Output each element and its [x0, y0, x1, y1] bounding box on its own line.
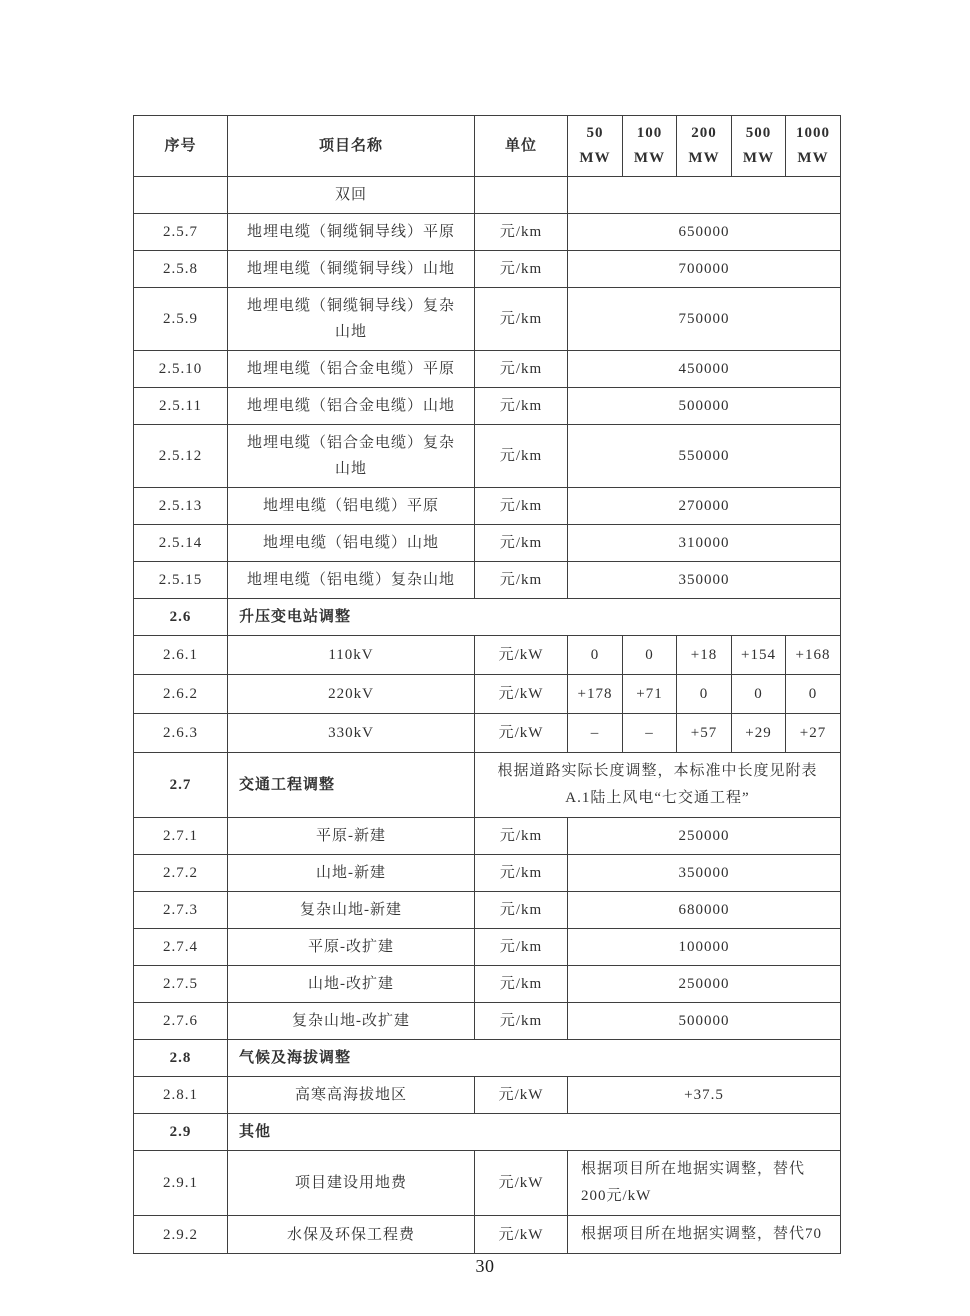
text-line: 地埋电缆（铝电缆）复杂山地: [234, 567, 468, 593]
row-value: 350000: [568, 855, 841, 892]
row-value: 0: [732, 675, 786, 714]
capacity-unit: MW: [792, 146, 834, 171]
table-row: 2.5.14地埋电缆（铝电缆）山地元/km310000: [134, 525, 841, 562]
row-name: 平原-新建: [228, 818, 475, 855]
row-no: 2.5.11: [134, 388, 228, 425]
row-unit: 元/kW: [475, 1077, 568, 1114]
text-line: 地埋电缆（铜缆铜导线）复杂: [234, 293, 468, 319]
header-capacity-1000: 1000 MW: [786, 116, 841, 177]
row-no: [134, 177, 228, 214]
row-name: 山地-新建: [228, 855, 475, 892]
row-value: +71: [623, 675, 677, 714]
row-value: 0: [568, 636, 623, 675]
row-name: 220kV: [228, 675, 475, 714]
row-no: 2.5.9: [134, 288, 228, 351]
text-line: 平原-新建: [234, 823, 468, 849]
table-row: 2.6.3330kV元/kW––+57+29+27: [134, 714, 841, 753]
text-line: 地埋电缆（铝合金电缆）复杂: [234, 430, 468, 456]
row-name: 地埋电缆（铝电缆）山地: [228, 525, 475, 562]
row-unit: 元/km: [475, 562, 568, 599]
row-unit: 元/km: [475, 818, 568, 855]
text-line: 根据项目所在地据实调整，替代: [581, 1156, 834, 1183]
capacity-unit: MW: [574, 146, 616, 171]
row-unit: 元/kW: [475, 1151, 568, 1216]
row-name: 地埋电缆（铝电缆）平原: [228, 488, 475, 525]
header-capacity-50: 50 MW: [568, 116, 623, 177]
row-unit: 元/kW: [475, 636, 568, 675]
row-no: 2.6.3: [134, 714, 228, 753]
row-value: 450000: [568, 351, 841, 388]
row-unit: [475, 177, 568, 214]
row-value: 100000: [568, 929, 841, 966]
row-no: 2.6.1: [134, 636, 228, 675]
text-line: 山地-新建: [234, 860, 468, 886]
row-name: 高寒高海拔地区: [228, 1077, 475, 1114]
table-row: 2.6升压变电站调整: [134, 599, 841, 636]
capacity-value: 50: [574, 121, 616, 146]
table-row: 2.6.1110kV元/kW00+18+154+168: [134, 636, 841, 675]
row-value: 0: [623, 636, 677, 675]
row-value: 350000: [568, 562, 841, 599]
row-no: 2.5.10: [134, 351, 228, 388]
table-row: 2.7.2山地-新建元/km350000: [134, 855, 841, 892]
row-unit: 元/km: [475, 929, 568, 966]
capacity-unit: MW: [738, 146, 779, 171]
text-line: 双回: [234, 182, 468, 208]
section-title: 其他: [228, 1114, 841, 1151]
row-name: 水保及环保工程费: [228, 1216, 475, 1254]
row-name: 复杂山地-新建: [228, 892, 475, 929]
row-no: 2.7.3: [134, 892, 228, 929]
header-name: 项目名称: [228, 116, 475, 177]
section-title: 升压变电站调整: [228, 599, 841, 636]
page-number: 30: [0, 1256, 970, 1277]
header-no: 序号: [134, 116, 228, 177]
text-line: 200元/kW: [581, 1183, 834, 1210]
text-line: 复杂山地-新建: [234, 897, 468, 923]
row-unit: 元/kW: [475, 714, 568, 753]
row-no: 2.8.1: [134, 1077, 228, 1114]
row-no: 2.7.5: [134, 966, 228, 1003]
row-unit: 元/kW: [475, 1216, 568, 1254]
text-line: 复杂山地-改扩建: [234, 1008, 468, 1034]
row-name: 交通工程调整: [228, 753, 475, 818]
row-value: –: [623, 714, 677, 753]
cost-adjustment-table: 序号 项目名称 单位 50 MW 100 MW 200 MW 500 MW: [133, 115, 841, 1254]
table-row: 双回: [134, 177, 841, 214]
capacity-value: 1000: [792, 121, 834, 146]
row-name: 地埋电缆（铜缆铜导线）平原: [228, 214, 475, 251]
capacity-unit: MW: [683, 146, 725, 171]
row-no: 2.5.13: [134, 488, 228, 525]
capacity-value: 100: [629, 121, 670, 146]
row-no: 2.6: [134, 599, 228, 636]
row-no: 2.5.14: [134, 525, 228, 562]
row-value: 550000: [568, 425, 841, 488]
row-unit: 元/km: [475, 388, 568, 425]
row-value: +154: [732, 636, 786, 675]
table-row: 2.5.15地埋电缆（铝电缆）复杂山地元/km350000: [134, 562, 841, 599]
row-unit: 元/km: [475, 488, 568, 525]
row-unit: 元/kW: [475, 675, 568, 714]
table-row: 2.5.10地埋电缆（铝合金电缆）平原元/km450000: [134, 351, 841, 388]
text-line: 地埋电缆（铜缆铜导线）山地: [234, 256, 468, 282]
text-line: 地埋电缆（铜缆铜导线）平原: [234, 219, 468, 245]
text-line: 根据项目所在地据实调整，替代70: [581, 1221, 834, 1248]
row-name: 地埋电缆（铝合金电缆）平原: [228, 351, 475, 388]
row-name: 地埋电缆（铝合金电缆）山地: [228, 388, 475, 425]
text-line: 地埋电缆（铝电缆）山地: [234, 530, 468, 556]
row-name: 110kV: [228, 636, 475, 675]
row-value: 310000: [568, 525, 841, 562]
table-row: 2.5.9地埋电缆（铜缆铜导线）复杂山地元/km750000: [134, 288, 841, 351]
row-unit: 元/km: [475, 892, 568, 929]
row-value: 750000: [568, 288, 841, 351]
header-capacity-200: 200 MW: [677, 116, 732, 177]
row-name: 地埋电缆（铜缆铜导线）山地: [228, 251, 475, 288]
row-no: 2.9.1: [134, 1151, 228, 1216]
table-row: 2.7.4平原-改扩建元/km100000: [134, 929, 841, 966]
row-no: 2.5.15: [134, 562, 228, 599]
table-row: 2.7交通工程调整根据道路实际长度调整，本标准中长度见附表A.1陆上风电“七交通…: [134, 753, 841, 818]
table-row: 2.7.6复杂山地-改扩建元/km500000: [134, 1003, 841, 1040]
table-row: 2.8气候及海拔调整: [134, 1040, 841, 1077]
row-note: 根据项目所在地据实调整，替代200元/kW: [568, 1151, 841, 1216]
row-name: 项目建设用地费: [228, 1151, 475, 1216]
table-header-row: 序号 项目名称 单位 50 MW 100 MW 200 MW 500 MW: [134, 116, 841, 177]
text-line: 地埋电缆（铝电缆）平原: [234, 493, 468, 519]
row-value: +18: [677, 636, 732, 675]
text-line: 山地: [234, 319, 468, 345]
row-no: 2.7.6: [134, 1003, 228, 1040]
row-value: +168: [786, 636, 841, 675]
row-name: 330kV: [228, 714, 475, 753]
header-capacity-100: 100 MW: [623, 116, 677, 177]
table-row: 2.5.13地埋电缆（铝电缆）平原元/km270000: [134, 488, 841, 525]
section-title: 气候及海拔调整: [228, 1040, 841, 1077]
capacity-value: 500: [738, 121, 779, 146]
row-unit: 元/km: [475, 214, 568, 251]
row-no: 2.9: [134, 1114, 228, 1151]
row-value: 270000: [568, 488, 841, 525]
row-name: 山地-改扩建: [228, 966, 475, 1003]
row-value: 250000: [568, 966, 841, 1003]
table-row: 2.7.5山地-改扩建元/km250000: [134, 966, 841, 1003]
row-unit: 元/km: [475, 855, 568, 892]
row-unit: 元/km: [475, 251, 568, 288]
row-value: 700000: [568, 251, 841, 288]
text-line: 山地-改扩建: [234, 971, 468, 997]
row-unit: 元/km: [475, 288, 568, 351]
row-unit: 元/km: [475, 351, 568, 388]
table-row: 2.9.1项目建设用地费元/kW根据项目所在地据实调整，替代200元/kW: [134, 1151, 841, 1216]
row-value: 680000: [568, 892, 841, 929]
row-value: +178: [568, 675, 623, 714]
row-no: 2.8: [134, 1040, 228, 1077]
text-line: 地埋电缆（铝合金电缆）平原: [234, 356, 468, 382]
header-capacity-500: 500 MW: [732, 116, 786, 177]
table-row: 2.9.2水保及环保工程费元/kW根据项目所在地据实调整，替代70: [134, 1216, 841, 1254]
row-name: 地埋电缆（铝合金电缆）复杂山地: [228, 425, 475, 488]
row-name: 地埋电缆（铜缆铜导线）复杂山地: [228, 288, 475, 351]
table-row: 2.8.1高寒高海拔地区元/kW+37.5: [134, 1077, 841, 1114]
row-note: 根据道路实际长度调整，本标准中长度见附表A.1陆上风电“七交通工程”: [475, 753, 841, 818]
row-name: 平原-改扩建: [228, 929, 475, 966]
row-value: 500000: [568, 1003, 841, 1040]
table-row: 2.9其他: [134, 1114, 841, 1151]
row-no: 2.5.8: [134, 251, 228, 288]
row-no: 2.7: [134, 753, 228, 818]
row-unit: 元/km: [475, 1003, 568, 1040]
row-no: 2.5.12: [134, 425, 228, 488]
row-value: +27: [786, 714, 841, 753]
row-no: 2.7.4: [134, 929, 228, 966]
text-line: 根据道路实际长度调整，本标准中长度见附表: [481, 758, 834, 785]
row-no: 2.7.2: [134, 855, 228, 892]
text-line: 地埋电缆（铝合金电缆）山地: [234, 393, 468, 419]
row-value: [568, 177, 841, 214]
row-value: –: [568, 714, 623, 753]
capacity-unit: MW: [629, 146, 670, 171]
row-no: 2.6.2: [134, 675, 228, 714]
row-value: +37.5: [568, 1077, 841, 1114]
capacity-value: 200: [683, 121, 725, 146]
row-value: 250000: [568, 818, 841, 855]
text-line: 平原-改扩建: [234, 934, 468, 960]
text-line: 高寒高海拔地区: [234, 1082, 468, 1108]
row-no: 2.7.1: [134, 818, 228, 855]
table-row: 2.6.2220kV元/kW+178+71000: [134, 675, 841, 714]
header-unit: 单位: [475, 116, 568, 177]
table-row: 2.5.8地埋电缆（铜缆铜导线）山地元/km700000: [134, 251, 841, 288]
row-value: 650000: [568, 214, 841, 251]
row-value: +29: [732, 714, 786, 753]
row-value: +57: [677, 714, 732, 753]
row-value: 500000: [568, 388, 841, 425]
row-unit: 元/km: [475, 425, 568, 488]
row-name: 地埋电缆（铝电缆）复杂山地: [228, 562, 475, 599]
table-row: 2.5.12地埋电缆（铝合金电缆）复杂山地元/km550000: [134, 425, 841, 488]
row-unit: 元/km: [475, 525, 568, 562]
row-name: 复杂山地-改扩建: [228, 1003, 475, 1040]
table-row: 2.5.7地埋电缆（铜缆铜导线）平原元/km650000: [134, 214, 841, 251]
table-row: 2.7.1平原-新建元/km250000: [134, 818, 841, 855]
row-no: 2.9.2: [134, 1216, 228, 1254]
text-line: 山地: [234, 456, 468, 482]
row-value: 0: [677, 675, 732, 714]
table-row: 2.7.3复杂山地-新建元/km680000: [134, 892, 841, 929]
table-row: 2.5.11地埋电缆（铝合金电缆）山地元/km500000: [134, 388, 841, 425]
row-name: 双回: [228, 177, 475, 214]
text-line: A.1陆上风电“七交通工程”: [481, 785, 834, 812]
row-note: 根据项目所在地据实调整，替代70: [568, 1216, 841, 1254]
row-unit: 元/km: [475, 966, 568, 1003]
row-no: 2.5.7: [134, 214, 228, 251]
row-value: 0: [786, 675, 841, 714]
